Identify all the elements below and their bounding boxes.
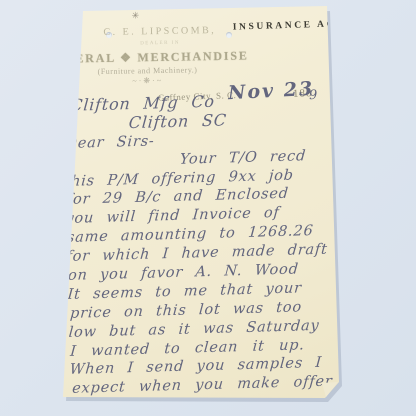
letterhead-dealer-line: DEALER IN — [140, 41, 180, 47]
letter-paper: ✳ C. E. Lipscomb, DEALER IN GENERAL ❖ ME… — [0, 0, 416, 416]
letterhead-flourish: ~·❋·~ — [132, 76, 163, 86]
letterhead-merchant-name: C. E. Lipscomb, — [103, 25, 216, 38]
letter-photo: ✳ C. E. Lipscomb, DEALER IN GENERAL ❖ ME… — [0, 0, 416, 416]
handwritten-body: Clifton Mfg Co Clifton SC Dear Sirs- You… — [62, 89, 356, 399]
insurance-agent-label: INSURANCE AGENT. — [233, 18, 369, 32]
letterhead-ornament: ✳ — [131, 10, 139, 21]
letterhead-business-line: GENERAL ❖ MERCHANDISE — [44, 48, 249, 67]
letterhead-subtitle: (Furniture and Machinery.) — [98, 65, 198, 76]
